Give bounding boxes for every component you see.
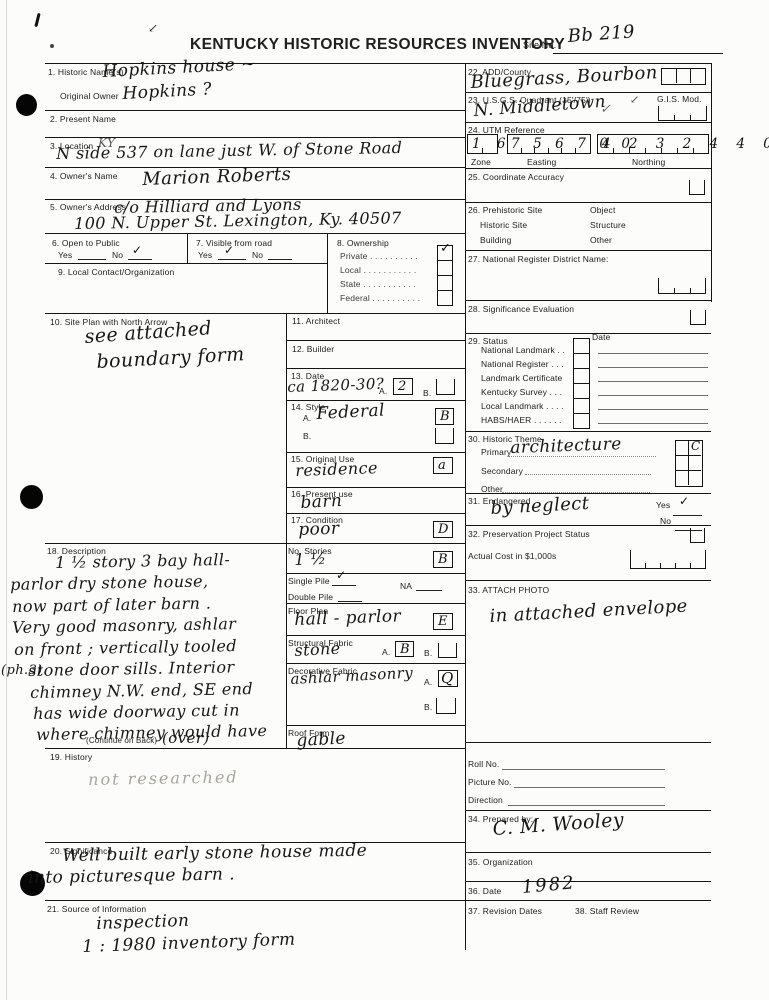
field6-yes-line — [78, 250, 106, 260]
divider — [286, 368, 465, 369]
status-checkbox — [573, 383, 590, 399]
site-no-value: Bb 219 — [567, 21, 636, 47]
ownership-state-checkbox — [437, 275, 453, 291]
structural-b-label: B. — [424, 649, 432, 658]
field8-item-federal: Federal . . . . . . . . . . — [340, 294, 420, 303]
tick — [674, 115, 675, 120]
theme-secondary-line — [525, 474, 651, 475]
field27-box — [658, 278, 706, 294]
hole-punch — [16, 94, 37, 116]
roof-value: gable — [296, 728, 346, 751]
gis-mod-box — [658, 106, 707, 121]
site-no-label: Site No. — [523, 41, 556, 51]
status-date-line — [598, 409, 708, 410]
divider — [45, 543, 465, 544]
roll-no-line — [502, 769, 665, 770]
field13-b-label: B. — [423, 389, 431, 398]
status-checkbox — [573, 413, 590, 429]
form-right-border — [711, 63, 712, 302]
divider — [286, 452, 465, 453]
status-checkbox — [573, 338, 590, 354]
endangered-yes-check: ✓ — [679, 494, 689, 508]
field15-value: residence — [295, 458, 378, 480]
description-line: has wide doorway cut in — [33, 700, 240, 723]
direction-label: Direction — [468, 796, 503, 805]
theme-primary-label: Primary — [481, 448, 511, 457]
divider — [286, 635, 465, 636]
status-date-line — [598, 395, 708, 396]
tick — [674, 288, 675, 293]
field7-yes-check: ✓ — [224, 243, 234, 257]
original-owner-label: Original Owner — [60, 92, 119, 101]
single-pile-check: ✓ — [336, 568, 346, 582]
field10-line2: boundary form — [96, 343, 245, 373]
column-divider — [465, 63, 466, 950]
roll-no-label: Roll No. — [468, 760, 499, 769]
description-line: Very good masonry, ashlar — [12, 614, 236, 637]
field14-a-code: B — [440, 409, 450, 424]
picture-no-label: Picture No. — [468, 778, 512, 787]
field33-label: 33. ATTACH PHOTO — [468, 586, 549, 595]
pen-mark — [34, 13, 40, 27]
tick — [690, 288, 691, 293]
structural-a-code: B — [400, 642, 410, 657]
theme-primary-value: architecture — [510, 434, 622, 458]
field28-box — [690, 310, 706, 325]
field26-structure-label: Structure — [590, 221, 626, 230]
status-checkbox — [573, 398, 590, 414]
divider — [286, 340, 465, 341]
field26-building-label: Building — [480, 236, 511, 245]
field28-label: 28. Significance Evaluation — [468, 305, 574, 314]
field35-label: 35. Organization — [468, 858, 533, 867]
field20-line1: Well built early stone house made — [62, 841, 367, 866]
field16-value: barn — [300, 491, 343, 513]
gis-mod-label: G.I.S. Mod. — [657, 95, 702, 104]
site-no-underline — [553, 53, 723, 54]
na-label: NA — [400, 582, 412, 591]
tick — [690, 115, 691, 120]
field14-a-label: A. — [303, 414, 311, 423]
double-pile-label: Double Pile — [288, 593, 333, 602]
double-pile-line — [338, 592, 362, 602]
field21-line1: inspection — [96, 911, 190, 934]
theme-primary-line — [508, 456, 656, 457]
divider — [465, 431, 711, 432]
scanned-form-page: ↙ KENTUCKY HISTORIC RESOURCES INVENTORY … — [0, 0, 769, 1000]
cell-divider — [676, 455, 701, 456]
status-date-line — [598, 367, 708, 368]
divider — [465, 250, 711, 251]
description-line: 1 ½ story 3 bay hall- — [55, 550, 230, 572]
field8-item-local: Local . . . . . . . . . . . — [340, 266, 416, 275]
field7-no-label: No — [252, 251, 263, 260]
field26-prehistoric-label: 26. Prehistoric Site — [468, 206, 542, 215]
divider — [286, 663, 465, 664]
status-checkbox — [573, 368, 590, 384]
status-landmark-certificate: Landmark Certificate — [481, 374, 562, 383]
structural-a-label: A. — [382, 648, 390, 657]
stories-value: 1 ½ — [294, 549, 327, 569]
divider — [286, 573, 465, 574]
floorplan-code: E — [438, 614, 448, 629]
field8-label: 8. Ownership — [337, 239, 389, 248]
endangered-yes-label: Yes — [656, 501, 670, 510]
field32-box — [690, 528, 705, 543]
divider — [286, 513, 465, 514]
field6-no-check: ✓ — [132, 243, 142, 257]
field11-label: 11. Architect — [292, 317, 340, 326]
field36-label: 36. Date — [468, 887, 501, 896]
status-national-register: National Register . . . — [481, 360, 564, 369]
original-owner-value: Hopkins ? — [122, 79, 212, 104]
structural-b-box — [438, 643, 457, 658]
pen-mark: ↙ — [630, 93, 640, 106]
field9-label: 9. Local Contact/Organization — [58, 268, 174, 277]
pen-dot — [50, 44, 54, 48]
field6-no-label: No — [112, 251, 123, 260]
field8-item-state: State . . . . . . . . . . . — [340, 280, 416, 289]
continue-on-back-label: (Continue on Back) — [86, 737, 157, 746]
hole-punch — [20, 485, 43, 509]
field4-label: 4. Owner's Name — [50, 172, 118, 181]
actual-cost-box — [630, 550, 706, 569]
field37-label: 37. Revision Dates — [468, 907, 542, 916]
field31-value: by neglect — [490, 493, 590, 519]
divider — [465, 168, 711, 169]
status-habs-haer: HABS/HAER . . . . . . — [481, 416, 562, 425]
field21-line2: 1 : 1980 inventory form — [82, 930, 296, 957]
ownership-federal-checkbox — [437, 290, 453, 306]
field14-b-box — [435, 428, 454, 444]
field7-no-line — [268, 250, 292, 260]
divider — [45, 313, 465, 314]
divider — [45, 900, 465, 901]
status-local-landmark: Local Landmark . . . . — [481, 402, 564, 411]
field36-value: 1982 — [521, 872, 576, 898]
field26-historic-label: Historic Site — [480, 221, 527, 230]
cell-divider — [676, 69, 677, 83]
field15-code: a — [438, 458, 446, 473]
divider — [465, 202, 711, 203]
status-national-landmark: National Landmark . . — [481, 346, 565, 355]
field13-b-box — [436, 379, 455, 395]
tick — [690, 563, 691, 568]
field32-label: 32. Preservation Project Status — [468, 530, 590, 539]
field17-code: D — [438, 522, 448, 537]
status-kentucky-survey: Kentucky Survey . . . — [481, 388, 562, 397]
actual-cost-label: Actual Cost in $1,000s — [468, 552, 556, 561]
status-date-label: Date — [592, 333, 611, 342]
structural-value: stone — [294, 639, 341, 660]
divider — [465, 300, 711, 301]
over-note: (over) — [162, 729, 210, 747]
status-date-line — [598, 381, 708, 382]
utm-zone-label: Zone — [471, 158, 491, 167]
field20-line2: into picturesque barn . — [28, 864, 235, 888]
divider — [286, 725, 465, 726]
field26-object-label: Object — [590, 206, 615, 215]
field8-item-private: Private . . . . . . . . . . — [340, 252, 418, 261]
ownership-local-checkbox — [437, 260, 453, 276]
page-edge-line — [6, 0, 7, 1000]
field4-value: Marion Roberts — [142, 164, 292, 190]
field6-yes-label: Yes — [58, 251, 72, 260]
utm-easting-label: Easting — [527, 158, 556, 167]
divider — [465, 333, 711, 334]
status-date-line — [598, 423, 708, 424]
description-margin-note: (ph.3) — [1, 663, 43, 678]
field7-yes-label: Yes — [198, 251, 212, 260]
field14-a-value: Federal — [316, 400, 385, 424]
field1-value: Hopkins house ~ — [102, 54, 256, 82]
single-pile-label: Single Pile — [288, 577, 330, 586]
utm-zone-value: 1 6 — [472, 136, 511, 152]
status-date-line — [598, 353, 708, 354]
divider — [45, 110, 465, 111]
divider — [286, 603, 465, 604]
form-title: KENTUCKY HISTORIC RESOURCES INVENTORY — [190, 36, 565, 53]
description-line: on front ; vertically tooled — [14, 636, 237, 659]
field12-label: 12. Builder — [292, 345, 334, 354]
utm-northing-label: Northing — [632, 158, 665, 167]
divider — [45, 748, 465, 749]
divider — [465, 580, 711, 581]
description-line: chimney N.W. end, SE end — [30, 679, 253, 702]
field38-label: 38. Staff Review — [575, 907, 639, 916]
field25-box — [689, 180, 705, 195]
field19-value: not researched — [88, 767, 239, 789]
field22-code-box — [661, 68, 706, 85]
ownership-private-check: ✓ — [440, 241, 451, 256]
tick — [645, 563, 646, 568]
decorative-b-label: B. — [424, 703, 432, 712]
na-line — [416, 581, 442, 591]
description-line: parlor dry stone house, — [10, 572, 209, 594]
tick — [660, 563, 661, 568]
divider — [45, 263, 327, 264]
tick — [675, 563, 676, 568]
cell-divider — [676, 470, 701, 471]
field33-value: in attached envelope — [489, 596, 688, 627]
divider — [465, 742, 711, 743]
theme-other-label: Other — [481, 485, 503, 494]
decorative-a-code: Q — [441, 669, 453, 687]
field13-a-label: A. — [379, 387, 387, 396]
status-checkbox — [573, 353, 590, 369]
field6-label: 6. Open to Public — [52, 239, 120, 248]
divider — [465, 881, 711, 882]
field13-value: ca 1820-30? — [287, 375, 384, 396]
field27-label: 27. National Register District Name: — [468, 255, 609, 264]
description-line: now part of later barn . — [12, 594, 211, 616]
divider — [45, 233, 465, 234]
decorative-a-label: A. — [424, 678, 432, 687]
floorplan-value: hall - parlor — [294, 606, 401, 630]
field13-a-code: 2 — [398, 379, 406, 394]
cell-divider — [327, 233, 328, 313]
endangered-no-label: No — [660, 517, 671, 526]
divider — [286, 487, 465, 488]
field26-other-label: Other — [590, 236, 612, 245]
field2-label: 2. Present Name — [50, 115, 116, 124]
theme-secondary-label: Secondary — [481, 467, 523, 476]
cell-divider — [690, 69, 691, 83]
divider — [465, 122, 711, 123]
field23-check: ✓ — [600, 102, 611, 117]
picture-no-line — [514, 787, 665, 788]
field14-b-label: B. — [303, 432, 311, 441]
pen-mark: ↙ — [148, 21, 158, 35]
field17-value: poor — [298, 519, 340, 540]
divider — [465, 852, 711, 853]
stories-code: B — [438, 552, 448, 567]
field25-label: 25. Coordinate Accuracy — [468, 173, 564, 182]
direction-line — [508, 805, 665, 806]
cell-divider — [187, 233, 188, 263]
theme-code-value: C — [691, 439, 700, 453]
description-line: stone door sills. Interior — [28, 657, 235, 680]
divider — [465, 900, 711, 901]
utm-northing-value: 4 2 3 2 4 4 0 — [602, 136, 769, 152]
field19-label: 19. History — [50, 753, 92, 762]
cell-divider — [688, 441, 689, 485]
decorative-b-box — [436, 698, 456, 714]
